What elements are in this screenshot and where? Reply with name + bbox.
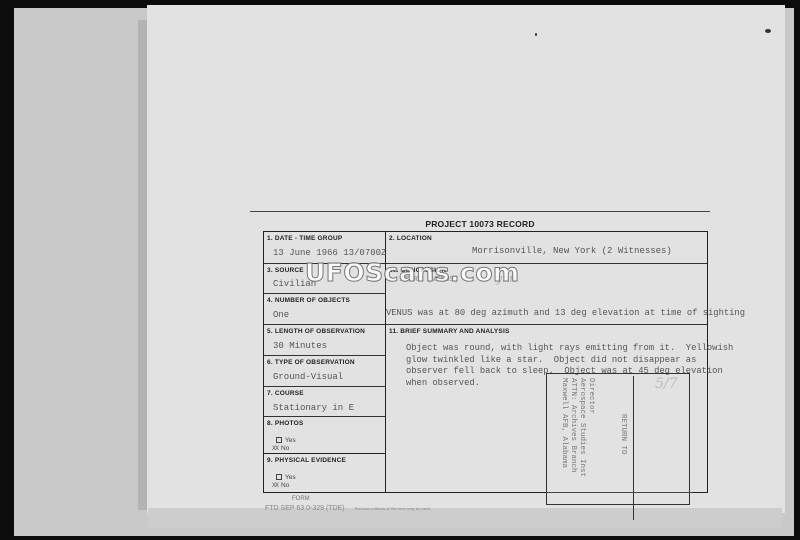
x-mark-icon: XX (272, 446, 281, 452)
field-label: 6. TYPE OF OBSERVATION (267, 359, 355, 366)
field-length-of-observation: 5. LENGTH OF OBSERVATION 30 Minutes (264, 325, 385, 356)
field-label: 1. DATE - TIME GROUP (267, 235, 342, 242)
field-label: 5. LENGTH OF OBSERVATION (267, 328, 365, 335)
stamp-address: Director Aerospace Studies Inst ATTN: Ar… (559, 378, 595, 477)
conclusion-note: VENUS was at 80 deg azimuth and 13 deg e… (386, 308, 745, 318)
watermark: UFOScans.com (305, 258, 520, 287)
form-title: PROJECT 10073 RECORD (250, 219, 710, 229)
footer-form-number: FTD SEP 63 0-329 (TDE) Previous editions… (265, 505, 431, 512)
field-label: 4. NUMBER OF OBJECTS (267, 297, 350, 304)
address-line: Maxwell AFB, Alabama (560, 378, 568, 468)
summary-line: glow twinkled like a star. Object did no… (406, 355, 696, 365)
evidence-no-option: XXNo (272, 482, 289, 489)
footer-note: Previous editions of this form may be us… (355, 506, 431, 511)
photos-yes-option: Yes (276, 437, 296, 444)
option-label: No (281, 445, 289, 452)
dust-speck (765, 29, 771, 33)
field-label: 3. SOURCE (267, 267, 304, 274)
field-value: Ground-Visual (273, 372, 343, 382)
footer-form-label: FORM (292, 496, 310, 502)
field-number-of-objects: 4. NUMBER OF OBJECTS One (264, 294, 385, 325)
x-mark-icon: XX (272, 483, 281, 489)
evidence-yes-option: Yes (276, 474, 296, 481)
stamp-divider (633, 376, 634, 520)
field-value: 30 Minutes (273, 341, 327, 351)
field-label: 7. COURSE (267, 390, 304, 397)
field-label: 9. PHYSICAL EVIDENCE (267, 457, 346, 464)
field-label: 2. LOCATION (389, 235, 432, 242)
field-physical-evidence: 9. PHYSICAL EVIDENCE Yes XXNo (264, 454, 385, 494)
field-label: 8. PHOTOS (267, 420, 303, 427)
field-value: 13 June 1966 13/0700Z (273, 248, 386, 258)
photos-no-option: XXNo (272, 445, 289, 452)
field-value: Stationary in E (273, 403, 354, 413)
field-course: 7. COURSE Stationary in E (264, 387, 385, 417)
field-value: One (273, 310, 289, 320)
checkbox-icon (276, 437, 282, 443)
field-type-of-observation: 6. TYPE OF OBSERVATION Ground-Visual (264, 356, 385, 387)
stamp-bottom-line (546, 492, 692, 493)
field-label: 11. BRIEF SUMMARY AND ANALYSIS (389, 328, 510, 335)
address-line: ATTN: Archives Branch (569, 378, 577, 473)
summary-line: when observed. (406, 378, 480, 388)
checkbox-icon (276, 474, 282, 480)
return-to-stamp: Director Aerospace Studies Inst ATTN: Ar… (546, 373, 690, 505)
form-number: FTD SEP 63 0-329 (TDE) (265, 505, 345, 512)
option-label: Yes (285, 437, 296, 444)
dust-speck (535, 33, 537, 36)
address-line: Aerospace Studies Inst (578, 378, 586, 477)
stamp-handwritten-mark: 5/7 (655, 376, 678, 392)
stamp-return-to: RETURN TO (618, 414, 627, 455)
page-bottom-edge (148, 508, 782, 528)
address-line: Director (587, 378, 595, 414)
field-value: Morrisonville, New York (2 Witnesses) (472, 246, 672, 256)
field-photos: 8. PHOTOS Yes XXNo (264, 417, 385, 454)
option-label: Yes (285, 474, 296, 481)
option-label: No (281, 482, 289, 489)
form-header: PROJECT 10073 RECORD (250, 211, 710, 229)
summary-line: Object was round, with light rays emitti… (406, 343, 733, 353)
